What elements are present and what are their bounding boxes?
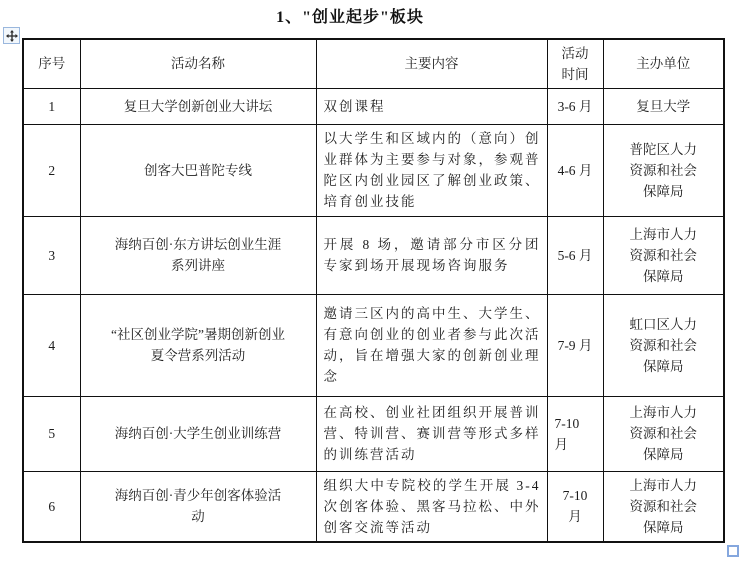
cell-name[interactable]: “社区创业学院”暑期创新创业夏令营系列活动 — [80, 294, 316, 396]
cell-org[interactable]: 上海市人力资源和社会保障局 — [603, 216, 724, 294]
cell-name[interactable]: 创客大巴普陀专线 — [80, 124, 316, 216]
table-row: 6 海纳百创·青少年创客体验活动 组织大中专院校的学生开展 3-4 次创客体验、… — [23, 471, 724, 542]
table-row: 3 海纳百创·东方讲坛创业生涯系列讲座 开展 8 场，邀请部分市区分团专家到场开… — [23, 216, 724, 294]
document-page: 1、"创业起步"板块 序号 活动名称 主要内容 活动 时间 主办单位 — [0, 0, 750, 565]
cell-name[interactable]: 海纳百创·青少年创客体验活动 — [80, 471, 316, 542]
cell-org[interactable]: 虹口区人力资源和社会保障局 — [603, 294, 724, 396]
move-cross-icon — [6, 30, 18, 42]
col-header-time[interactable]: 活动 时间 — [547, 39, 603, 88]
cell-org[interactable]: 复旦大学 — [603, 88, 724, 124]
section-title[interactable]: 1、"创业起步"板块 — [0, 4, 700, 27]
cell-org[interactable]: 普陀区人力资源和社会保障局 — [603, 124, 724, 216]
table-row: 1 复旦大学创新创业大讲坛 双创课程 3-6 月 复旦大学 — [23, 88, 724, 124]
header-row: 序号 活动名称 主要内容 活动 时间 主办单位 — [23, 39, 724, 88]
cell-content[interactable]: 以大学生和区域内的（意向）创业群体为主要参与对象，参观普陀区内创业园区了解创业政… — [316, 124, 547, 216]
cell-seq[interactable]: 6 — [23, 471, 80, 542]
table-row: 5 海纳百创·大学生创业训练营 在高校、创业社团组织开展普训营、特训营、赛训营等… — [23, 396, 724, 471]
col-header-org[interactable]: 主办单位 — [603, 39, 724, 88]
cell-seq[interactable]: 5 — [23, 396, 80, 471]
cell-time[interactable]: 7-9 月 — [547, 294, 603, 396]
cell-org[interactable]: 上海市人力资源和社会保障局 — [603, 471, 724, 542]
table-row: 2 创客大巴普陀专线 以大学生和区域内的（意向）创业群体为主要参与对象，参观普陀… — [23, 124, 724, 216]
activities-table: 序号 活动名称 主要内容 活动 时间 主办单位 1 复旦大学创新创业大讲坛 双创… — [22, 38, 725, 543]
table-move-handle[interactable] — [3, 27, 20, 44]
cell-seq[interactable]: 1 — [23, 88, 80, 124]
cell-content[interactable]: 邀请三区内的高中生、大学生、有意向创业的创业者参与此次活动，旨在增强大家的创新创… — [316, 294, 547, 396]
table-row: 4 “社区创业学院”暑期创新创业夏令营系列活动 邀请三区内的高中生、大学生、有意… — [23, 294, 724, 396]
cell-seq[interactable]: 2 — [23, 124, 80, 216]
cell-seq[interactable]: 3 — [23, 216, 80, 294]
cell-name[interactable]: 海纳百创·大学生创业训练营 — [80, 396, 316, 471]
cell-content[interactable]: 在高校、创业社团组织开展普训营、特训营、赛训营等形式多样的训练营活动 — [316, 396, 547, 471]
cell-name[interactable]: 海纳百创·东方讲坛创业生涯系列讲座 — [80, 216, 316, 294]
cell-time[interactable]: 3-6 月 — [547, 88, 603, 124]
col-header-seq[interactable]: 序号 — [23, 39, 80, 88]
cell-org[interactable]: 上海市人力资源和社会保障局 — [603, 396, 724, 471]
col-header-content[interactable]: 主要内容 — [316, 39, 547, 88]
col-header-name[interactable]: 活动名称 — [80, 39, 316, 88]
cell-content[interactable]: 开展 8 场，邀请部分市区分团专家到场开展现场咨询服务 — [316, 216, 547, 294]
cell-seq[interactable]: 4 — [23, 294, 80, 396]
cell-time[interactable]: 5-6 月 — [547, 216, 603, 294]
cell-time[interactable]: 7-10 月 — [547, 471, 603, 542]
cell-time[interactable]: 4-6 月 — [547, 124, 603, 216]
cell-content[interactable]: 双创课程 — [316, 88, 547, 124]
cell-time[interactable]: 7-10 月 — [547, 396, 603, 471]
table-resize-handle[interactable] — [727, 545, 739, 557]
cell-content[interactable]: 组织大中专院校的学生开展 3-4 次创客体验、黑客马拉松、中外创客交流等活动 — [316, 471, 547, 542]
cell-name[interactable]: 复旦大学创新创业大讲坛 — [80, 88, 316, 124]
